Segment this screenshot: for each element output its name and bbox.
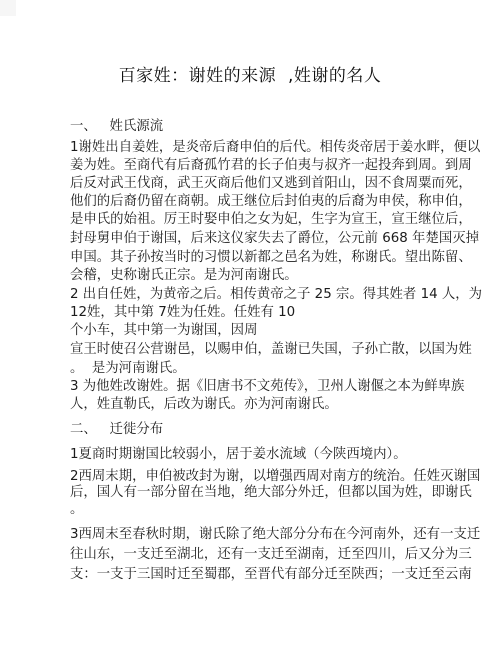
text-line: 支：一支于三国时迁至蜀郡，至晋代有部分迁至陕西；一支迁至云南 — [70, 566, 472, 584]
section-heading-migration: 二、 迁徙分布 — [70, 421, 163, 439]
text-line: 往山东，一支迁至湖北，还有一支迁至湖南，迁至四川，后又分为三 — [70, 546, 472, 564]
text-line: 。 — [70, 501, 83, 519]
text-line: 申国。其子孙按当时的习惯以新都之邑名为姓，称谢氏。望出陈留、 — [70, 249, 472, 267]
text-line: 3西周末至春秋时期，谢氏除了绝大部分分布在今河南外，还有一支迁 — [70, 526, 480, 544]
text-line: 后反对武王伐商，武王灭商后他们又逃到首阳山，因不食周粟而死， — [70, 175, 472, 193]
text-line: 2 出自任姓，为黄帝之后。相传黄帝之子 25 宗。得其姓者 14 人，为 — [70, 286, 482, 304]
text-line: 1谢姓出自姜姓，是炎帝后裔申伯的后代。相传炎帝居于姜水畔，便以 — [70, 139, 480, 157]
text-line: 姜为姓。至商代有后裔孤竹君的长子伯夷与叔齐一起投奔到周。到周 — [70, 157, 472, 175]
text-line: 他们的后裔仍留在商朝。成王继位后封伯夷的后裔为申侯，称申伯， — [70, 193, 472, 211]
text-line: 12姓，其中第 7姓为任姓。任姓有 10 — [70, 304, 295, 322]
text-line: 3 为他姓改谢姓。据《旧唐书不文苑传》，卫州人谢偃之本为鲜卑族 — [70, 378, 464, 396]
text-line: 。 是为河南谢氏。 — [70, 360, 186, 378]
text-line: 宣王时使召公营谢邑，以赐申伯，盖谢已失国，子孙亡散，以国为姓 — [70, 341, 472, 359]
document-title: 百家姓：谢姓的来源 ,姓谢的名人 — [0, 61, 500, 86]
text-line: 1夏商时期谢国比较弱小，居于姜水流域（今陕西境内）。 — [70, 446, 407, 464]
text-line: 会稽，史称谢氏正宗。是为河南谢氏。 — [70, 267, 298, 285]
page-corner-shade — [0, 0, 16, 16]
text-line: 封母舅申伯于谢国，后来这仪家失去了爵位，公元前 668 年楚国灭掉 — [70, 230, 479, 248]
section-heading-origin: 一、 姓氏源流 — [70, 118, 163, 136]
text-line: 人，姓直勒氏，后改为谢氏。亦为河南谢氏。 — [70, 396, 338, 414]
text-line: 后，国人有一部分留在当地，绝大部分外迁，但都以国为姓，即谢氏 — [70, 484, 472, 502]
text-line: 个小车，其中第一为谢国，因周 — [70, 322, 257, 340]
text-line: 是申氏的始祖。厉王时娶申伯之女为妃，生字为宣王，宣王继位后， — [70, 211, 472, 229]
